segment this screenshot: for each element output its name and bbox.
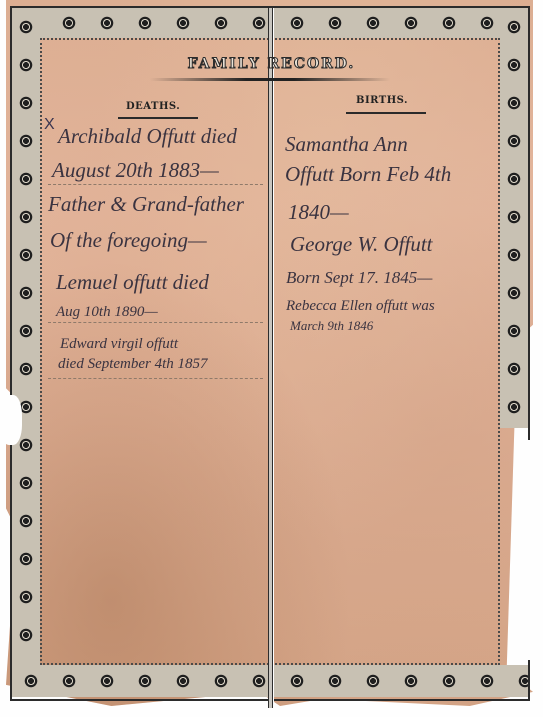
deaths-heading-rule bbox=[118, 117, 198, 119]
birth-entry-line: March 9th 1846 bbox=[290, 318, 373, 334]
birth-entry-line: Born Sept 17. 1845— bbox=[286, 268, 432, 288]
birth-entry-line: Rebecca Ellen offutt was bbox=[286, 298, 435, 315]
margin-x-mark: X bbox=[44, 116, 55, 134]
ornamental-border-left bbox=[12, 8, 40, 697]
birth-entry-line: Samantha Ann bbox=[285, 132, 408, 157]
death-entry-line: Archibald Offutt died bbox=[58, 124, 237, 149]
death-entry-line: Of the foregoing— bbox=[50, 228, 207, 253]
title-ornament-rule bbox=[150, 78, 390, 81]
deaths-heading: DEATHS. bbox=[126, 101, 180, 112]
birth-entry-line: George W. Offutt bbox=[290, 232, 433, 257]
death-entry-line: Father & Grand-father bbox=[48, 192, 244, 217]
record-title: FAMILY RECORD. bbox=[0, 56, 543, 72]
paper-tear-left bbox=[0, 395, 22, 445]
births-heading: BIRTHS. bbox=[356, 95, 408, 106]
birth-entry-line: 1840— bbox=[288, 200, 349, 225]
death-entry-line: Edward virgil offutt bbox=[60, 336, 178, 353]
death-entry-line: died September 4th 1857 bbox=[58, 356, 208, 373]
center-fold-tear bbox=[268, 8, 274, 708]
death-entry-line: Lemuel offutt died bbox=[56, 270, 209, 295]
death-entry-line: Aug 10th 1890— bbox=[56, 304, 158, 321]
ruled-line bbox=[48, 378, 263, 380]
death-entry-line: August 20th 1883— bbox=[52, 158, 219, 183]
births-heading-rule bbox=[346, 112, 426, 114]
birth-entry-line: Offutt Born Feb 4th bbox=[285, 162, 451, 187]
ruled-line bbox=[48, 184, 263, 186]
ruled-line bbox=[48, 322, 263, 324]
paper-tear-right bbox=[520, 440, 543, 660]
